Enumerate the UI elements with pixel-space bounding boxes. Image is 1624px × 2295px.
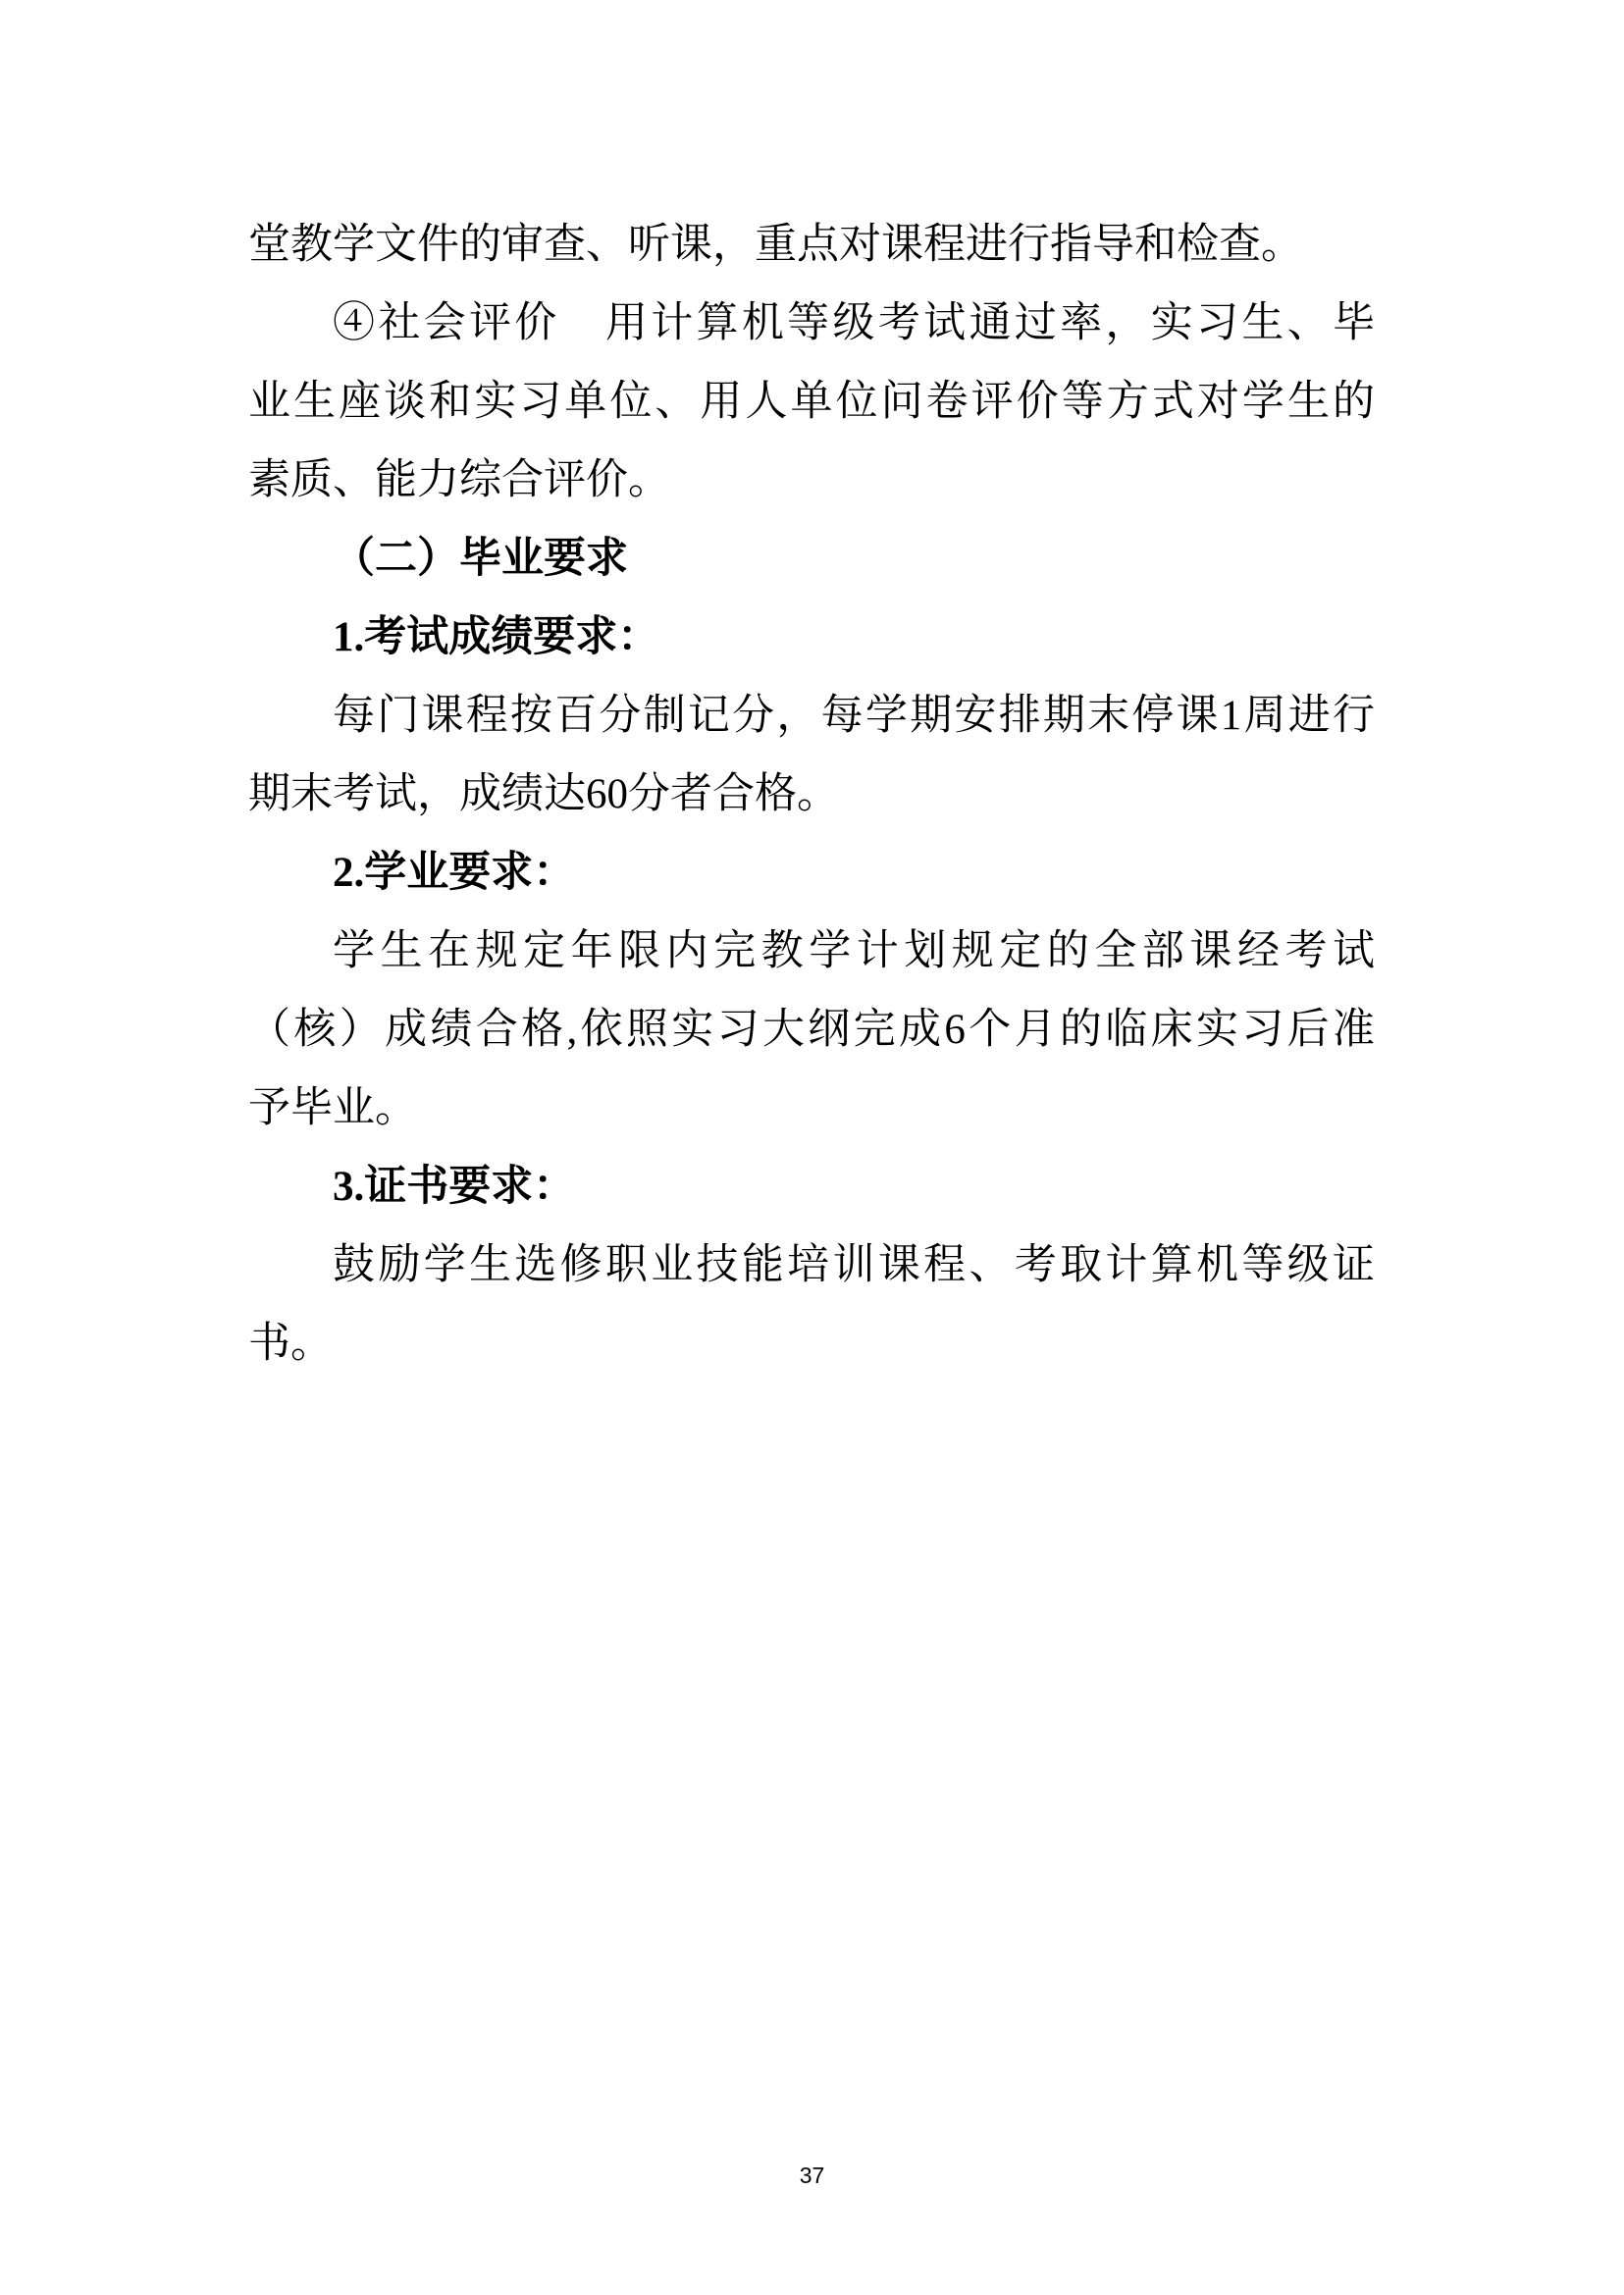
heading-line: 2.学业要求： (248, 834, 1375, 913)
document-page: 堂教学文件的审查、听课，重点对课程进行指导和检查。④社会评价 用计算机等级考试通… (0, 0, 1624, 2295)
text-block: 堂教学文件的审查、听课，重点对课程进行指导和检查。④社会评价 用计算机等级考试通… (248, 206, 1375, 1383)
text-line: 业生座谈和实习单位、用人单位问卷评价等方式对学生的 (248, 363, 1375, 442)
page-footer: 37 (0, 2163, 1624, 2189)
heading-line: （二）毕业要求 (248, 520, 1375, 599)
page-number: 37 (800, 2163, 825, 2188)
text-line: 每门课程按百分制记分，每学期安排期末停课1周进行 (248, 677, 1375, 756)
text-line: 学生在规定年限内完教学计划规定的全部课经考试 (248, 913, 1375, 991)
text-line: ④社会评价 用计算机等级考试通过率，实习生、毕 (248, 285, 1375, 363)
text-line: 素质、能力综合评价。 (248, 442, 1375, 520)
heading-line: 1.考试成绩要求： (248, 599, 1375, 677)
text-line: 予毕业。 (248, 1069, 1375, 1148)
text-line: 期末考试，成绩达60分者合格。 (248, 756, 1375, 834)
heading-line: 3.证书要求： (248, 1148, 1375, 1226)
text-line: 鼓励学生选修职业技能培训课程、考取计算机等级证 (248, 1226, 1375, 1305)
text-line: （核）成绩合格,依照实习大纲完成6个月的临床实习后准 (248, 991, 1375, 1069)
text-line: 书。 (248, 1305, 1375, 1383)
text-line: 堂教学文件的审查、听课，重点对课程进行指导和检查。 (248, 206, 1375, 285)
